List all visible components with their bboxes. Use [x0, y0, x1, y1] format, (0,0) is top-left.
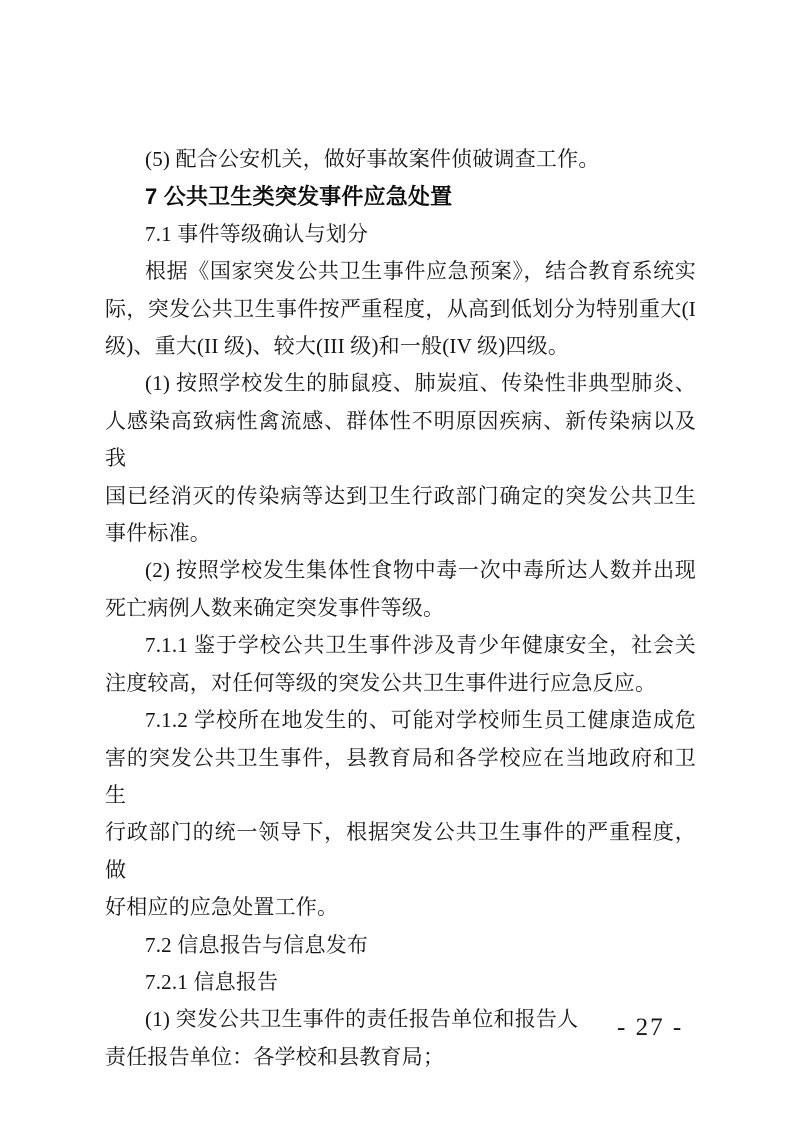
paragraph-line: (1) 突发公共卫生事件的责任报告单位和报告人 [105, 1001, 696, 1038]
paragraph-line: 事件标准。 [105, 515, 696, 552]
paragraph-line: 7.1.2 学校所在地发生的、可能对学校师生员工健康造成危 [105, 702, 696, 739]
paragraph-line: 行政部门的统一领导下，根据突发公共卫生事件的严重程度，做 [105, 814, 696, 889]
paragraph-line: (2) 按照学校发生集体性食物中毒一次中毒所达人数并出现 [105, 552, 696, 589]
section-7-1-heading: 7.1 事件等级确认与划分 [105, 216, 696, 253]
paragraph-line: 死亡病例人数来确定突发事件等级。 [105, 590, 696, 627]
paragraph-line: 好相应的应急处置工作。 [105, 889, 696, 926]
section-7-heading: 7 公共卫生类突发事件应急处置 [105, 178, 696, 215]
paragraph-line: 国已经消灭的传染病等达到卫生行政部门确定的突发公共卫生 [105, 478, 696, 515]
document-body: (5) 配合公安机关，做好事故案件侦破调查工作。 7 公共卫生类突发事件应急处置… [105, 141, 696, 1076]
section-7-2-1-heading: 7.2.1 信息报告 [105, 964, 696, 1001]
paragraph-line: 际，突发公共卫生事件按严重程度，从高到低划分为特别重大(I [105, 291, 696, 328]
paragraph-line: 注度较高，对任何等级的突发公共卫生事件进行应急反应。 [105, 665, 696, 702]
paragraph-line: 级)、重大(II 级)、较大(III 级)和一般(IV 级)四级。 [105, 328, 696, 365]
section-7-2-heading: 7.2 信息报告与信息发布 [105, 927, 696, 964]
document-page: (5) 配合公安机关，做好事故案件侦破调查工作。 7 公共卫生类突发事件应急处置… [0, 0, 793, 1122]
page-number: - 27 - [617, 1015, 683, 1040]
paragraph-line: 7.1.1 鉴于学校公共卫生事件涉及青少年健康安全，社会关 [105, 627, 696, 664]
paragraph-line: 害的突发公共卫生事件，县教育局和各学校应在当地政府和卫生 [105, 740, 696, 815]
paragraph-line: 责任报告单位：各学校和县教育局； [105, 1039, 696, 1076]
paragraph-line: (5) 配合公安机关，做好事故案件侦破调查工作。 [105, 141, 696, 178]
paragraph-line: (1) 按照学校发生的肺鼠疫、肺炭疽、传染性非典型肺炎、 [105, 365, 696, 402]
paragraph-line: 根据《国家突发公共卫生事件应急预案》，结合教育系统实 [105, 253, 696, 290]
paragraph-line: 人感染高致病性禽流感、群体性不明原因疾病、新传染病以及我 [105, 403, 696, 478]
